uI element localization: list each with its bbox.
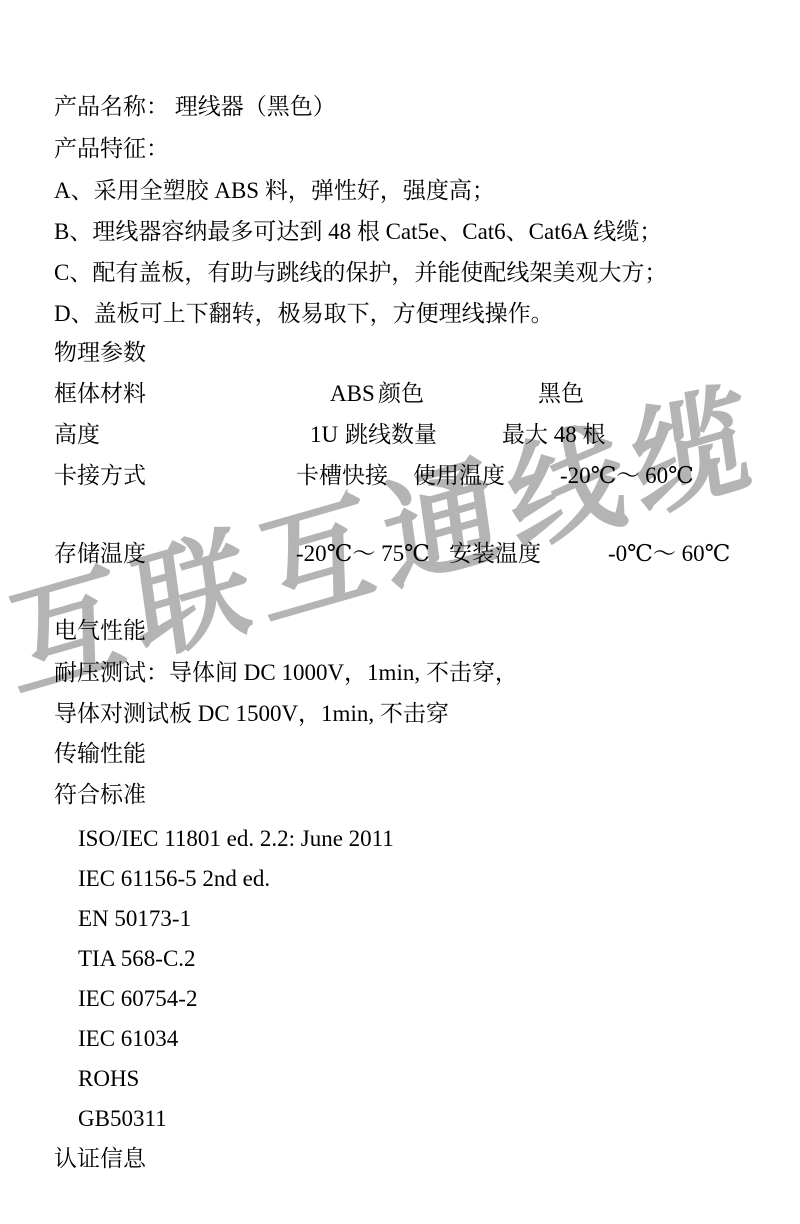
param-label: 颜色 [378,379,424,409]
param-label: 框体材料 [54,379,146,409]
product-name-line: 产品名称： 理线器（黑色） [54,92,336,122]
feature-item: A、采用全塑胶 ABS 料，弹性好，强度高； [54,176,495,206]
standard-item: ISO/IEC 11801 ed. 2.2: June 2011 [78,824,394,854]
physical-row: 存储温度 -20℃～ 75℃ 安装温度 -0℃～ 60℃ [0,539,800,569]
document-page: 互联互通线缆 产品名称： 理线器（黑色） 产品特征： A、采用全塑胶 ABS 料… [0,0,800,1224]
param-label: 存储温度 [54,539,146,569]
param-value: 卡槽快接 [296,461,388,491]
param-label: 使用温度 [413,461,505,491]
param-label: 卡接方式 [54,461,146,491]
physical-row: 高度 1U 跳线数量 最大 48 根 [0,420,800,450]
standard-item: TIA 568-C.2 [78,944,196,974]
standard-item: IEC 61156-5 2nd ed. [78,864,270,894]
standard-item: GB50311 [78,1104,167,1134]
certification-heading: 认证信息 [54,1144,146,1174]
standard-item: IEC 60754-2 [78,984,197,1014]
transmission-heading: 传输性能 [54,739,146,769]
electrical-test-line: 导体对测试板 DC 1500V，1min, 不击穿 [54,699,449,729]
param-label: 安装温度 [449,539,541,569]
standard-item: IEC 61034 [78,1024,178,1054]
electrical-heading: 电气性能 [54,616,146,646]
feature-item: D、盖板可上下翻转，极易取下，方便理线操作。 [54,299,554,329]
param-value: ABS [330,379,375,409]
features-heading: 产品特征： [54,134,169,164]
param-value: -20℃～ 60℃ [560,461,694,491]
param-value: 1U [310,420,338,450]
param-value: -20℃～ 75℃ [296,539,430,569]
param-label: 跳线数量 [345,420,437,450]
feature-item: C、配有盖板，有助与跳线的保护，并能使配线架美观大方； [54,258,667,288]
physical-row: 卡接方式 卡槽快接 使用温度 -20℃～ 60℃ [0,461,800,491]
feature-item: B、理线器容纳最多可达到 48 根 Cat5e、Cat6、Cat6A 线缆； [54,217,662,247]
standard-item: EN 50173-1 [78,904,191,934]
physical-row: 框体材料 ABS 颜色 黑色 [0,379,800,409]
param-value: -0℃～ 60℃ [608,539,730,569]
param-label: 高度 [54,420,100,450]
param-value: 黑色 [538,379,584,409]
param-value: 最大 48 根 [502,420,606,450]
electrical-test-line: 耐压测试：导体间 DC 1000V，1min, 不击穿， [54,658,518,688]
standard-item: ROHS [78,1064,139,1094]
standards-heading: 符合标准 [54,780,146,810]
physical-params-heading: 物理参数 [54,338,146,368]
